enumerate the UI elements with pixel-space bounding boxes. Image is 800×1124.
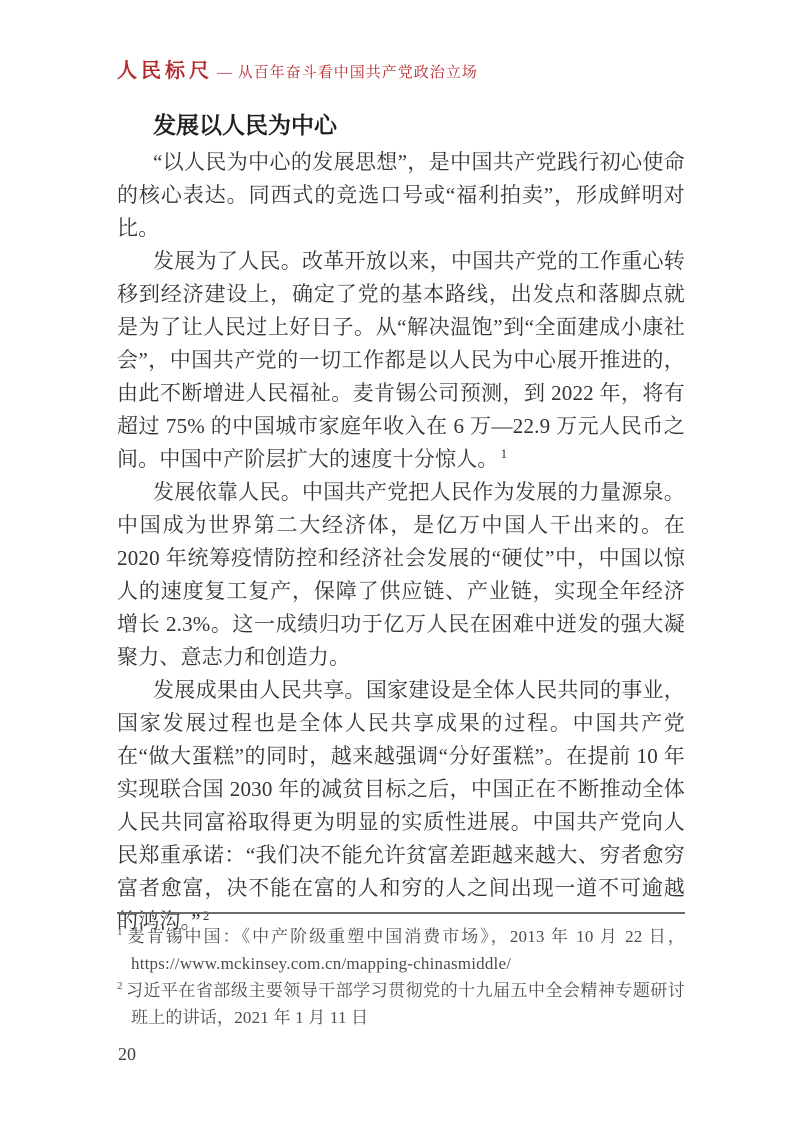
paragraph-2: 发展为了人民。改革开放以来，中国共产党的工作重心转移到经济建设上，确定了党的基本…	[117, 245, 685, 476]
main-text-column: 发展以人民为中心 “以人民为中心的发展思想”，是中国共产党践行初心使命的核心表达…	[117, 106, 685, 938]
footnote-2-marker: 2	[117, 980, 126, 992]
footnote-1-marker: 1	[117, 926, 126, 938]
paragraph-4-text: 发展成果由人民共享。国家建设是全体人民共同的事业，国家发展过程也是全体人民共享成…	[117, 678, 685, 933]
section-heading: 发展以人民为中心	[117, 106, 685, 146]
document-page: 人民标尺 — 从百年奋斗看中国共产党政治立场 发展以人民为中心 “以人民为中心的…	[0, 0, 800, 1124]
footnote-separator	[117, 912, 685, 914]
footnote-1: 1麦肯锡中国：《中产阶级重塑中国消费市场》，2013 年 10 月 22 日，h…	[117, 923, 685, 977]
footnote-ref	[159, 215, 161, 230]
running-header: 人民标尺 — 从百年奋斗看中国共产党政治立场	[117, 54, 685, 83]
footnote-ref	[350, 644, 352, 659]
running-header-subtitle: — 从百年奋斗看中国共产党政治立场	[217, 65, 478, 81]
footnote-ref-1: 1	[499, 446, 508, 461]
footnote-1-text: 麦肯锡中国：《中产阶级重塑中国消费市场》，2013 年 10 月 22 日，ht…	[126, 927, 685, 973]
footnotes-section: 1麦肯锡中国：《中产阶级重塑中国消费市场》，2013 年 10 月 22 日，h…	[117, 912, 685, 1031]
running-header-title: 人民标尺	[117, 60, 213, 82]
page-number: 20	[118, 1044, 136, 1065]
paragraph-2-text: 发展为了人民。改革开放以来，中国共产党的工作重心转移到经济建设上，确定了党的基本…	[117, 249, 685, 471]
paragraph-4: 发展成果由人民共享。国家建设是全体人民共同的事业，国家发展过程也是全体人民共享成…	[117, 674, 685, 938]
paragraph-3: 发展依靠人民。中国共产党把人民作为发展的力量源泉。中国成为世界第二大经济体，是亿…	[117, 476, 685, 674]
paragraph-1-text: “以人民为中心的发展思想”，是中国共产党践行初心使命的核心表达。同西式的竞选口号…	[117, 150, 685, 240]
paragraph-1: “以人民为中心的发展思想”，是中国共产党践行初心使命的核心表达。同西式的竞选口号…	[117, 146, 685, 245]
footnote-2: 2习近平在省部级主要领导干部学习贯彻党的十九届五中全会精神专题研讨班上的讲话，2…	[117, 977, 685, 1031]
paragraph-3-text: 发展依靠人民。中国共产党把人民作为发展的力量源泉。中国成为世界第二大经济体，是亿…	[117, 480, 685, 669]
footnote-2-text: 习近平在省部级主要领导干部学习贯彻党的十九届五中全会精神专题研讨班上的讲话，20…	[126, 981, 685, 1027]
